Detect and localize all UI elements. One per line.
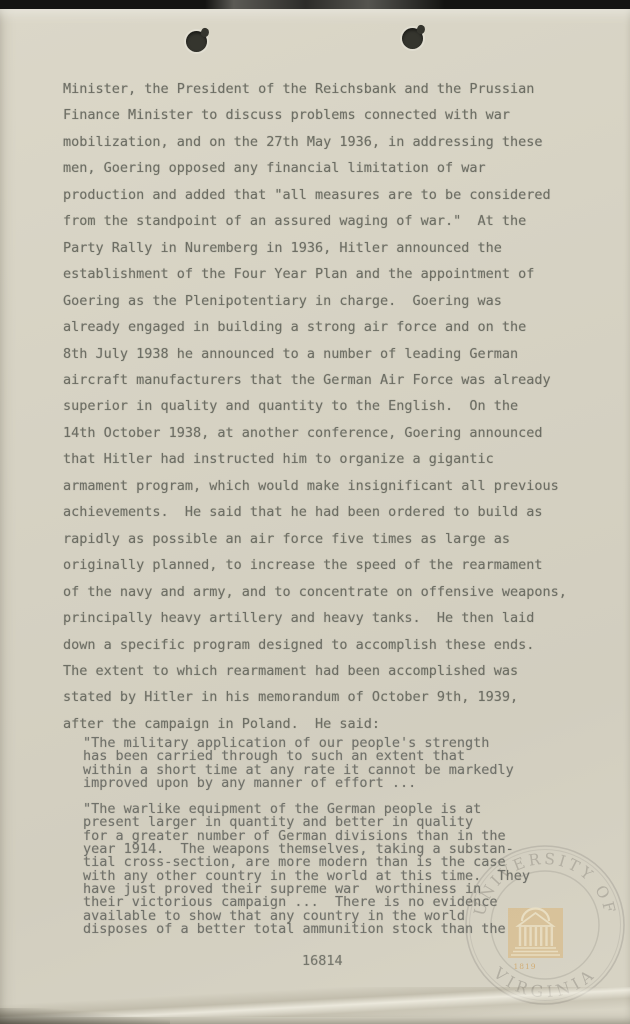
punch-hole-left [186,31,207,52]
text-line: The extent to which rearmament had been … [63,658,567,684]
quote-block-1: "The military application of our people'… [83,737,514,790]
text-line: superior in quality and quantity to the … [63,393,567,419]
text-line: already engaged in building a strong air… [63,314,567,340]
bottom-left-shadow [0,1008,170,1024]
text-line: Party Rally in Nuremberg in 1936, Hitler… [63,235,567,261]
text-line: disposes of a better total ammunition st… [83,923,530,936]
text-line: mobilization, and on the 27th May 1936, … [63,129,567,155]
text-line: 8th July 1938 he announced to a number o… [63,341,567,367]
page-number: 16814 [302,953,343,969]
text-line: production and added that "all measures … [63,182,567,208]
text-line: down a specific program designed to acco… [63,632,567,658]
text-line: Finance Minister to discuss problems con… [63,102,567,128]
text-line: from the standpoint of an assured waging… [63,208,567,234]
text-line: Minister, the President of the Reichsban… [63,76,567,102]
text-line: achievements. He said that he had been o… [63,499,567,525]
text-line: armament program, which would make insig… [63,473,567,499]
text-line: that Hitler had instructed him to organi… [63,446,567,472]
body-paragraph: Minister, the President of the Reichsban… [63,76,567,737]
punch-hole-right [402,28,423,49]
text-line: originally planned, to increase the spee… [63,552,567,578]
text-line: Goering as the Plenipotentiary in charge… [63,288,567,314]
text-line: aircraft manufacturers that the German A… [63,367,567,393]
binding-smudge [205,0,445,9]
scan-background: { "document": { "kind": "typewritten pag… [0,0,630,1024]
text-line: of the navy and army, and to concentrate… [63,579,567,605]
text-line: principally heavy artillery and heavy ta… [63,605,567,631]
text-line: rapidly as possible an air force five ti… [63,526,567,552]
text-line: establishment of the Four Year Plan and … [63,261,567,287]
text-line: men, Goering opposed any financial limit… [63,155,567,181]
text-line: 14th October 1938, at another conference… [63,420,567,446]
quote-block-2: "The warlike equipment of the German peo… [83,803,530,936]
text-line: stated by Hitler in his memorandum of Oc… [63,684,567,710]
text-line: after the campaign in Poland. He said: [63,711,567,737]
text-line: improved upon by any manner of effort ..… [83,777,514,790]
document-page: UNIVERSITY OF VIRGINIA [0,9,630,1024]
stamp-year: 1819 [513,962,536,971]
